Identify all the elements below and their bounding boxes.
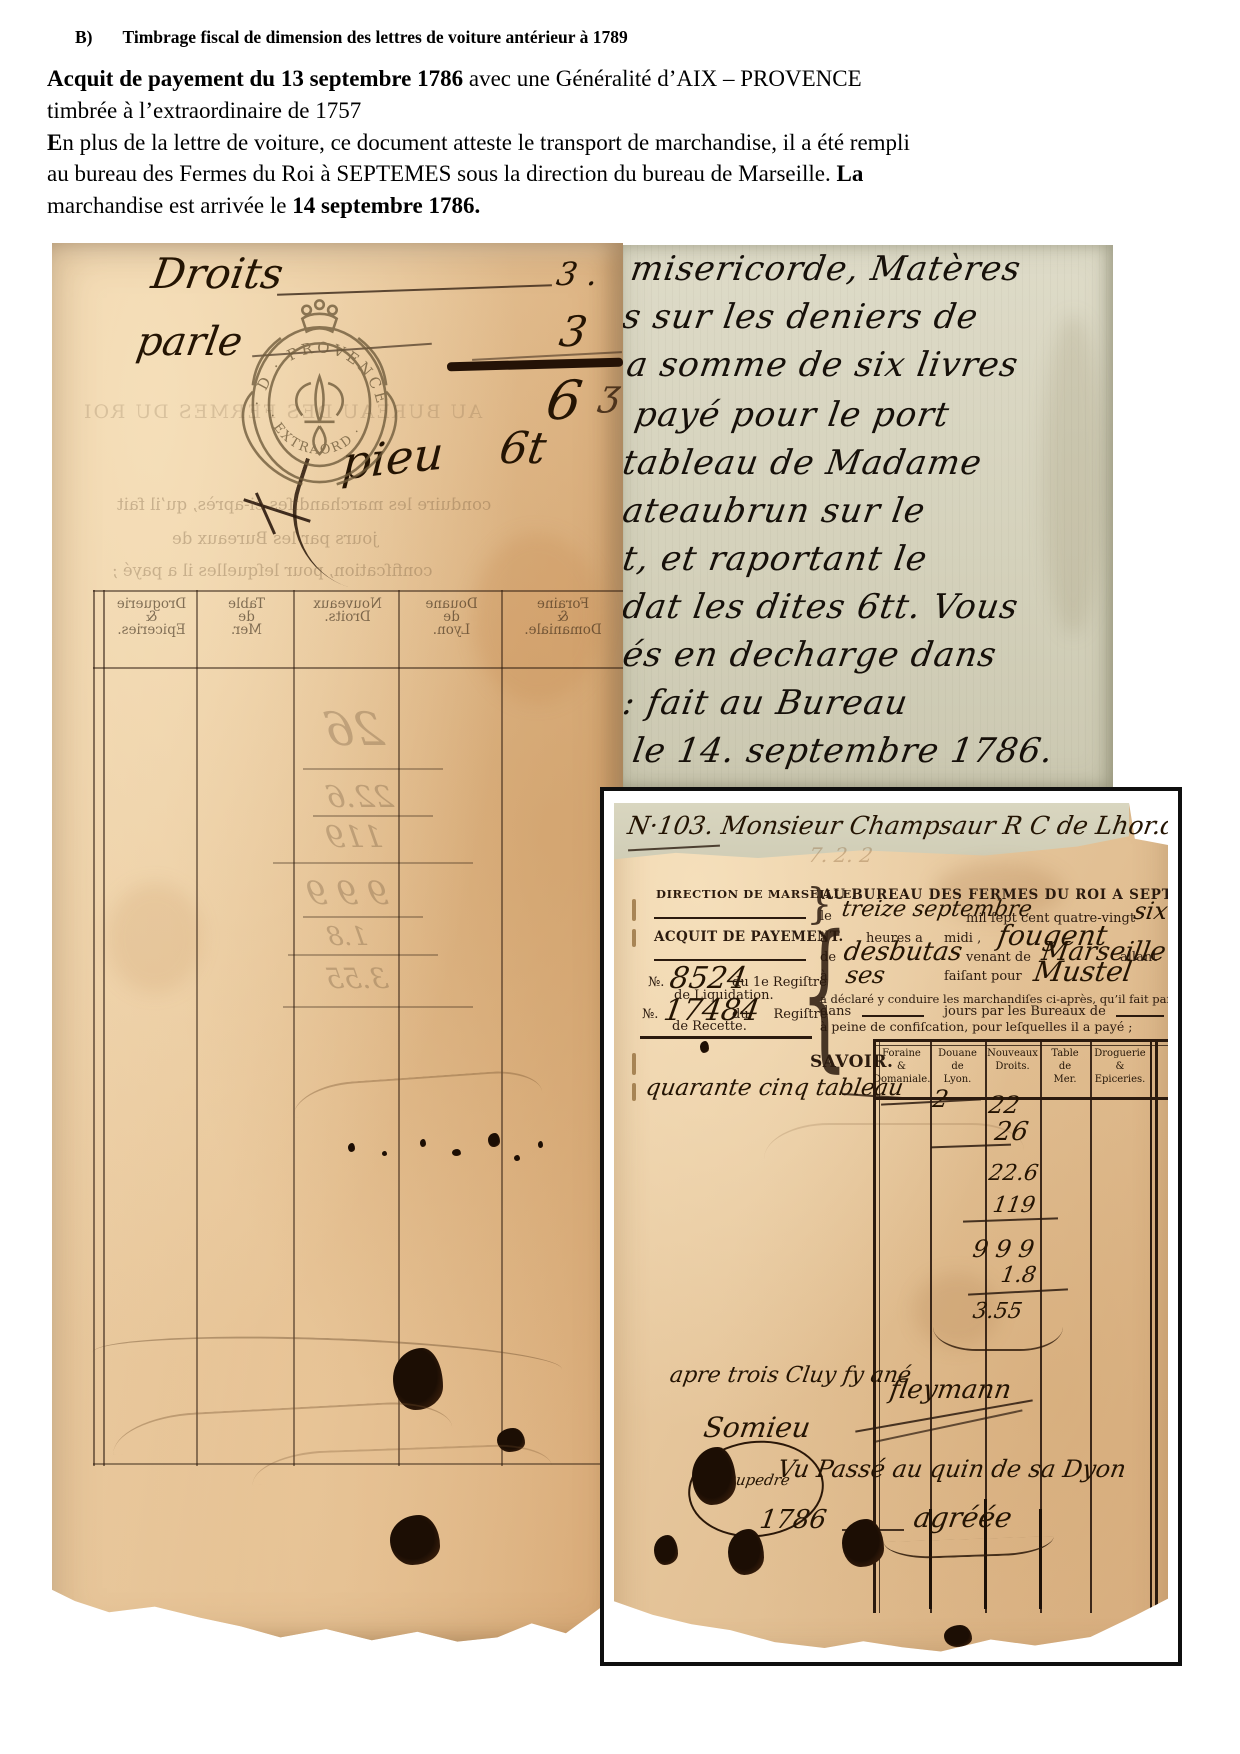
hw-flourish-curve <box>933 1327 1063 1351</box>
letter-line: dat les dites 6tt. Vous <box>623 587 1021 627</box>
hw-value-3: 3 . <box>554 255 601 293</box>
ghost-amount: 22.6 <box>323 780 395 815</box>
inset-frame: N·103. Monsieur Champsaur R C de Lhor.d … <box>600 787 1182 1666</box>
ghost-table-line <box>502 590 504 1466</box>
col-foraine: Foraine & Domaniale. <box>873 1047 930 1086</box>
print-rule <box>640 1036 812 1039</box>
hw-droits: Droits <box>148 249 287 298</box>
ghost-stroke <box>313 815 433 817</box>
ghost-header-cell: Epiceries. <box>105 624 198 637</box>
letter-line: a somme de six livres <box>624 345 1022 385</box>
table-heavy-line <box>1039 1509 1042 1609</box>
intro-line-5: marchandise est arrivée le 14 septembre … <box>47 190 1117 222</box>
ghost-table-line <box>93 590 623 592</box>
ghost-amount: 3.55 <box>323 962 391 995</box>
hw-value-3b: 3 <box>556 307 590 356</box>
print-a2: à <box>820 969 828 984</box>
hw-amount: 22 <box>987 1091 1022 1119</box>
ink-blot <box>728 1529 764 1575</box>
hw-6t: 6t <box>496 423 550 474</box>
intro-line-3-rest: n plus de la lettre de voiture, ce docum… <box>62 130 910 155</box>
ghost-col-foraine: Foraine & Domaniale. <box>503 598 623 637</box>
ghost-stroke <box>283 1006 473 1008</box>
print-no: №. <box>648 975 664 990</box>
stitch-mark <box>632 1053 636 1075</box>
hw-amount: 1.8 <box>999 1263 1038 1288</box>
header-cell: Nouveaux <box>985 1047 1040 1060</box>
letter-line: t, et raportant le <box>623 539 930 579</box>
header-cell: de <box>1040 1060 1090 1073</box>
table-border <box>1155 1039 1158 1613</box>
ghost-table-line <box>93 590 95 1466</box>
ghost-amount: 119 <box>323 820 386 855</box>
ghost-table-line <box>93 667 623 669</box>
letter-line: payé pour le port <box>632 395 953 435</box>
hw-stroke <box>968 1288 1068 1295</box>
table-border <box>1090 1039 1092 1613</box>
table-border <box>879 1039 880 1613</box>
intro-line-4-bold: La <box>837 161 864 186</box>
print-no: №. <box>642 1007 658 1022</box>
intro-line-3-bold: E <box>47 130 62 155</box>
ink-blot <box>692 1447 736 1505</box>
ghost-table-line <box>197 590 199 1466</box>
ghost-table-line <box>399 590 401 1466</box>
ghost-print-line: confiſcation, pour leſquelles il a payé … <box>112 561 433 580</box>
intro-line-4-rest: au bureau des Fermes du Roi à SEPTEMES s… <box>47 161 837 186</box>
header-cell: Foraine <box>873 1047 930 1060</box>
intro-line-5-bold: 14 septembre 1786. <box>292 193 480 218</box>
ghost-table-line <box>294 590 296 1466</box>
ghost-col-douane: Douane de Lyon. <box>400 598 503 637</box>
stitch-mark <box>632 1083 636 1101</box>
col-table-mer: Table de Mer. <box>1040 1047 1090 1086</box>
hw-year: 1786 <box>758 1505 829 1535</box>
hw-six: six <box>1132 897 1170 925</box>
letter-line: tableau de Madame <box>623 443 985 483</box>
ghost-amount: 1.8 <box>324 922 370 952</box>
ink-blot <box>654 1535 678 1565</box>
signature-somieu: Somieu <box>701 1411 812 1444</box>
print-recette: de Recette. <box>672 1019 747 1034</box>
print-le: le <box>820 909 832 924</box>
stitch-mark <box>632 929 636 947</box>
print-faisant-pour: faiſant pour <box>944 969 1022 984</box>
ghost-col-table-mer: Table de Mer. <box>198 598 295 637</box>
hw-agree: agréée <box>911 1501 1014 1534</box>
hw-stroke <box>963 1217 1058 1222</box>
hw-flourish: ʒ <box>597 373 624 414</box>
print-dans: dans <box>820 1004 851 1019</box>
ghost-print-title: AU BUREAU DES FERMES DU ROI <box>82 401 482 423</box>
hw-amount: 119 <box>991 1193 1037 1218</box>
signature-fleymann: fleymann <box>888 1375 1014 1405</box>
print-venant-de: venant de <box>966 950 1031 965</box>
ghost-header-cell: Droits. <box>295 611 400 624</box>
hw-amount: 9 9 9 <box>971 1235 1037 1263</box>
ghost-col-nouveaux: Nouveaux Droits. <box>295 598 400 624</box>
header-cell: Douane <box>930 1047 985 1060</box>
acquit-document-scan: N·103. Monsieur Champsaur R C de Lhor.d … <box>614 803 1168 1654</box>
ghost-stroke <box>303 916 423 918</box>
col-douane: Douane de Lyon. <box>930 1047 985 1086</box>
print-a: à <box>820 931 828 946</box>
ink-blot <box>390 1515 440 1565</box>
letter-document-scan: misericorde, Matères s sur les deniers d… <box>623 245 1113 787</box>
bleed-marks: 7. 2. 2 <box>807 843 874 867</box>
header-cell: Droguerie <box>1090 1047 1150 1060</box>
ink-blot <box>944 1625 972 1647</box>
ghost-stroke <box>288 954 438 956</box>
hw-destination: ses <box>844 961 887 989</box>
intro-line-5-rest: marchandise est arrivée le <box>47 193 292 218</box>
header-cell: & <box>873 1060 930 1073</box>
ghost-header-cell: Lyon. <box>400 624 503 637</box>
ghost-stroke <box>273 862 473 864</box>
hw-address-line: N·103. Monsieur Champsaur R C de Lhor.d <box>626 811 1179 840</box>
letter-line: : fait au Bureau <box>623 683 911 723</box>
intro-line-1: Acquit de payement du 13 septembre 1786 … <box>47 63 1117 95</box>
ghost-table-line <box>103 590 105 1466</box>
header-cell: Table <box>1040 1047 1090 1060</box>
fleuron-mark <box>700 1041 709 1053</box>
header-cell: Epiceries. <box>1090 1073 1150 1086</box>
letter-line: és en decharge dans <box>623 635 1000 675</box>
hw-stroke <box>931 1144 1011 1149</box>
intro-paragraph: Acquit de payement du 13 septembre 1786 … <box>47 63 1117 222</box>
verso-document-scan: Droits 3 . parle 3 6 ʒ pieu 6t <box>52 243 623 1643</box>
section-title: Timbrage fiscal de dimension des lettres… <box>123 27 628 47</box>
ink-blot <box>842 1519 884 1567</box>
exhibit-page: B)Timbrage fiscal de dimension des lettr… <box>0 0 1240 1754</box>
letter-line: s sur les deniers de <box>623 297 981 337</box>
hw-amount: 22.6 <box>987 1161 1040 1186</box>
hw-vu-passe: Vu Passé au quin de sa Dyon <box>776 1455 1128 1483</box>
letter-line: le 14. septembre 1786. <box>630 731 1057 771</box>
hw-amount: 26 <box>993 1117 1031 1147</box>
letter-line: ateaubrun sur le <box>623 491 928 531</box>
ghost-print-line: conduire les marchandiſes ci-après, qu’i… <box>117 495 491 514</box>
print-blank-dash <box>1116 1015 1164 1017</box>
intro-line-1-bold: Acquit de payement du 13 septembre 1786 <box>47 66 463 91</box>
ghost-print-line: jours par les Bureaux de <box>172 529 377 548</box>
print-peine-line: à peine de confiſcation, pour leſquelles… <box>820 1019 1132 1034</box>
table-border <box>873 1039 1168 1042</box>
header-cell: Droits. <box>985 1060 1040 1073</box>
ghost-amount: 9 9 9 <box>304 874 391 912</box>
header-cell: Mer. <box>1040 1073 1090 1086</box>
stitch-mark <box>632 899 636 921</box>
table-border <box>1150 1039 1152 1613</box>
intro-line-4: au bureau des Fermes du Roi à SEPTEMES s… <box>47 158 1117 190</box>
header-cell: Domaniale. <box>873 1073 930 1086</box>
paper-stain <box>1043 315 1103 635</box>
col-nouveaux: Nouveaux Droits. <box>985 1047 1040 1073</box>
intro-line-1-rest: avec une Généralité d’AIX – PROVENCE <box>463 66 862 91</box>
ink-speck-cluster <box>342 1121 552 1171</box>
intro-line-3: En plus de la lettre de voiture, ce docu… <box>47 127 1117 159</box>
ghost-header-cell: Mer. <box>198 624 295 637</box>
ghost-col-droguerie: Droguerie & Epiceries. <box>105 598 198 637</box>
ghost-amount: 26 <box>320 702 387 756</box>
header-cell: de <box>930 1060 985 1073</box>
print-de: de <box>820 950 836 965</box>
letter-line: misericorde, Matères <box>628 249 1024 289</box>
section-label: B) <box>75 27 93 47</box>
print-blank-dash <box>862 1015 924 1017</box>
col-droguerie: Droguerie & Epiceries. <box>1090 1047 1150 1086</box>
hw-consignee: Mustel <box>1031 955 1134 988</box>
hw-amount: 2 <box>931 1085 951 1113</box>
print-rule <box>654 917 806 919</box>
intro-line-2: timbrée à l’extraordinaire de 1757 <box>47 95 1117 127</box>
header-cell: & <box>1090 1060 1150 1073</box>
section-heading: B)Timbrage fiscal de dimension des lettr… <box>75 27 628 48</box>
ghost-header-cell: Domaniale. <box>503 624 623 637</box>
table-border <box>873 1045 1168 1046</box>
hw-savoir-line: quarante cinq tableau <box>644 1075 905 1101</box>
print-jours-bureaux: jours par les Bureaux de <box>944 1004 1106 1019</box>
hw-amount: 3.55 <box>971 1299 1024 1324</box>
ghost-stroke <box>303 768 443 770</box>
hw-note-line: apre trois Cluy fy ané <box>668 1363 913 1388</box>
